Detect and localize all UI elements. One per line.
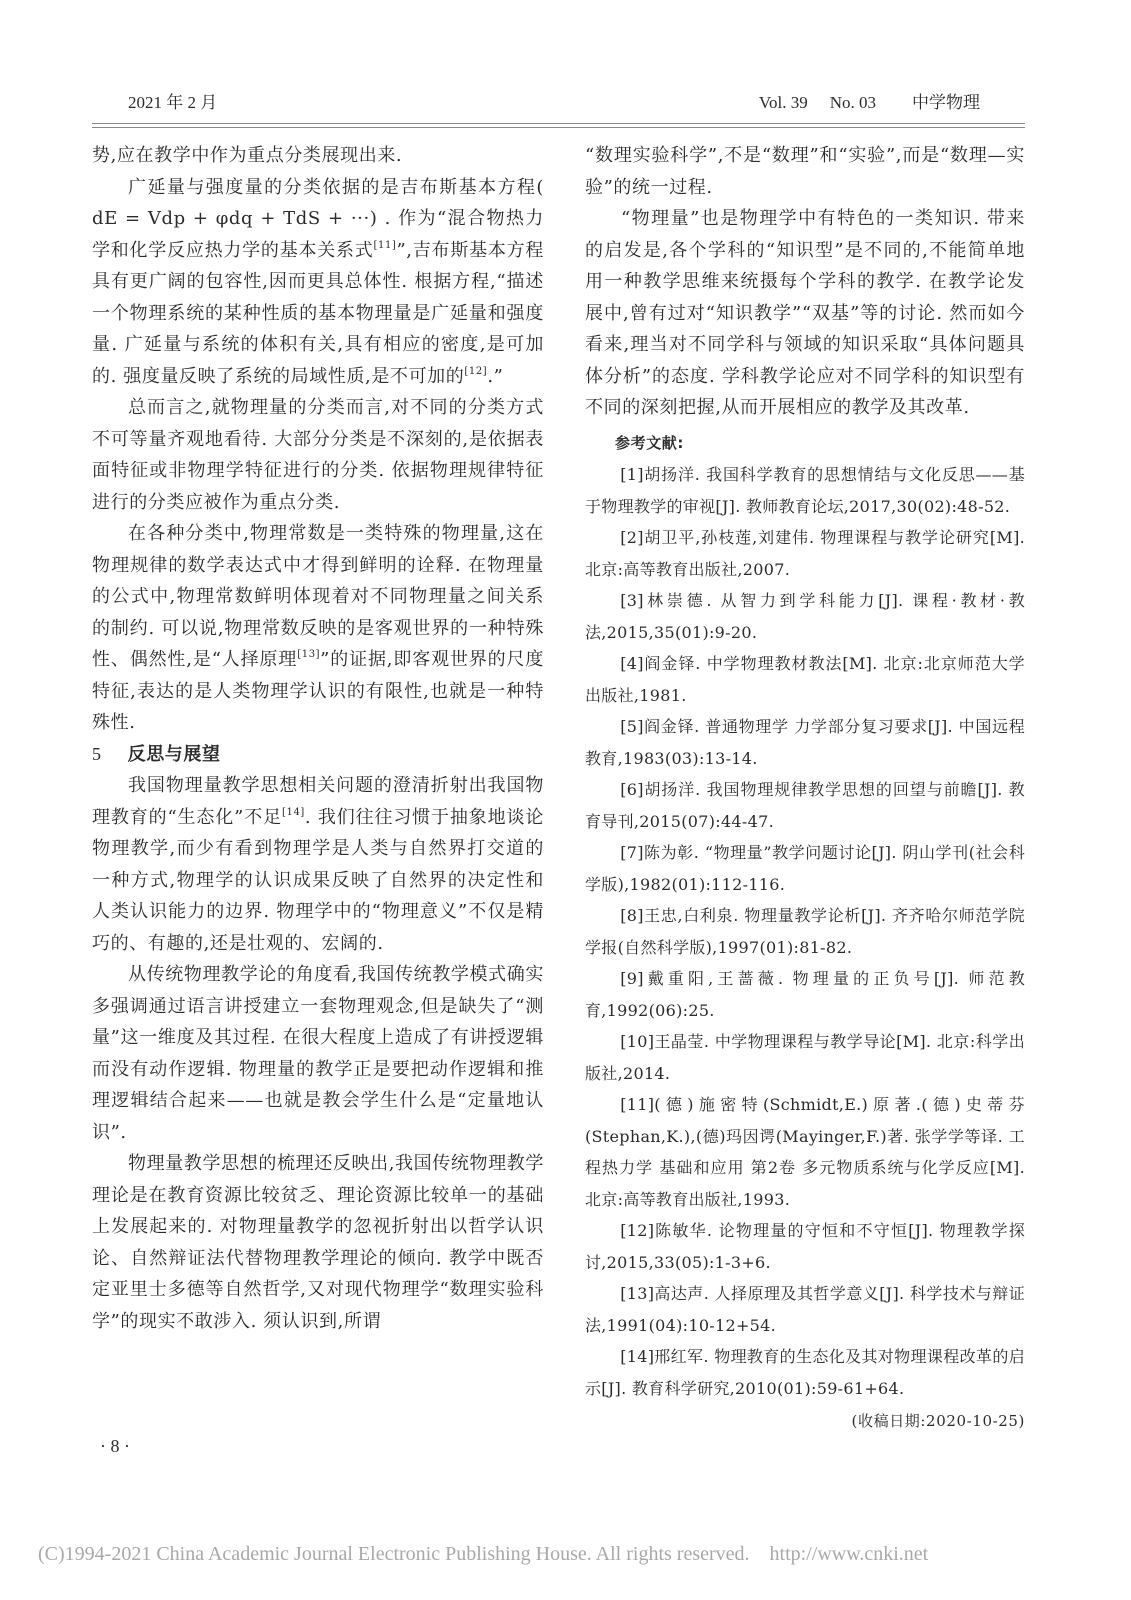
reference-item: [8]王忠,白利泉. 物理量教学论析[J]. 齐齐哈尔师范学院学报(自然科学版)… [585,900,1025,963]
issue-date: 2021 年 2 月 [128,88,217,113]
citation[interactable]: [11] [374,240,397,251]
journal-info: Vol. 39No. 03中学物理 [737,88,980,113]
reference-item: [4]阎金铎. 中学物理教材教法[M]. 北京:北京师范大学出版社,1981. [585,648,1025,711]
page-number: · 8 · [100,1436,130,1457]
left-column: 势,应在教学中作为重点分类展现出来. 广延量与强度量的分类依据的是吉布斯基本方程… [92,140,544,1337]
paragraph: 总而言之,就物理量的分类而言,对不同的分类方式不可等量齐观地看待. 大部分分类是… [92,392,544,518]
reference-item: [7]陈为彰. “物理量”教学问题讨论[J]. 阴山学刊(社会科学版),1982… [585,837,1025,900]
header-double-rule [92,123,1025,128]
volume: Vol. 39 [759,93,808,112]
citation[interactable]: [13] [297,649,320,660]
paragraph: 我国物理量教学思想相关问题的澄清折射出我国物理教育的“生态化”不足[14]. 我… [92,770,544,959]
references-heading: 参考文献: [585,428,1025,460]
reference-item: [9]戴重阳,王蔷薇. 物理量的正负号[J]. 师范教育,1992(06):25… [585,963,1025,1026]
running-header: 2021 年 2 月 Vol. 39No. 03中学物理 [128,88,980,118]
reference-item: [5]阎金铎. 普通物理学 力学部分复习要求[J]. 中国远程教育,1983(0… [585,711,1025,774]
received-date: (收稿日期:2020-10-25) [585,1406,1025,1438]
reference-item: [1]胡扬洋. 我国科学教育的思想情结与文化反思——基于物理教学的审视[J]. … [585,459,1025,522]
section-number: 5 [92,744,102,764]
reference-item: [10]王晶莹. 中学物理课程与教学导论[M]. 北京:科学出版社,2014. [585,1026,1025,1089]
copyright-footer: (C)1994-2021 China Academic Journal Elec… [38,1543,928,1566]
paragraph: 在各种分类中,物理常数是一类特殊的物理量,这在物理规律的数学表达式中才得到鲜明的… [92,518,544,739]
reference-list: [1]胡扬洋. 我国科学教育的思想情结与文化反思——基于物理教学的审视[J]. … [585,459,1025,1404]
reference-item: [11](德)施密特(Schmidt,E.)原著.(德)史蒂芬(Stephan,… [585,1089,1025,1215]
paragraph: 从传统物理教学论的角度看,我国传统教学模式确实多强调通过语言讲授建立一套物理观念… [92,959,544,1148]
right-column: “数理实验科学”,不是“数理”和“实验”,而是“数理—实验”的统一过程. “物理… [585,140,1025,1438]
paragraph: 势,应在教学中作为重点分类展现出来. [92,140,544,172]
paragraph: 广延量与强度量的分类依据的是吉布斯基本方程( dE = Vdp + φdq + … [92,172,544,393]
citation[interactable]: [14] [282,807,305,818]
reference-item: [6]胡扬洋. 我国物理规律教学思想的回望与前瞻[J]. 教育导刊,2015(0… [585,774,1025,837]
paragraph: “物理量”也是物理学中有特色的一类知识. 带来的启发是,各个学科的“知识型”是不… [585,203,1025,424]
section-title: 反思与展望 [128,744,221,765]
journal-name: 中学物理 [912,93,980,112]
citation[interactable]: [12] [464,366,487,377]
reference-item: [12]陈敏华. 论物理量的守恒和不守恒[J]. 物理教学探讨,2015,33(… [585,1215,1025,1278]
reference-item: [2]胡卫平,孙枝莲,刘建伟. 物理课程与教学论研究[M]. 北京:高等教育出版… [585,522,1025,585]
reference-item: [14]邢红军. 物理教育的生态化及其对物理课程改革的启示[J]. 教育科学研究… [585,1341,1025,1404]
section-heading: 5反思与展望 [92,739,544,771]
issue-number: No. 03 [830,93,876,112]
paragraph: 物理量教学思想的梳理还反映出,我国传统物理教学理论是在教育资源比较贫乏、理论资源… [92,1148,544,1337]
reference-item: [13]高达声. 人择原理及其哲学意义[J]. 科学技术与辩证法,1991(04… [585,1278,1025,1341]
reference-item: [3]林崇德. 从智力到学科能力[J]. 课程·教材·教法,2015,35(01… [585,585,1025,648]
paragraph: “数理实验科学”,不是“数理”和“实验”,而是“数理—实验”的统一过程. [585,140,1025,203]
